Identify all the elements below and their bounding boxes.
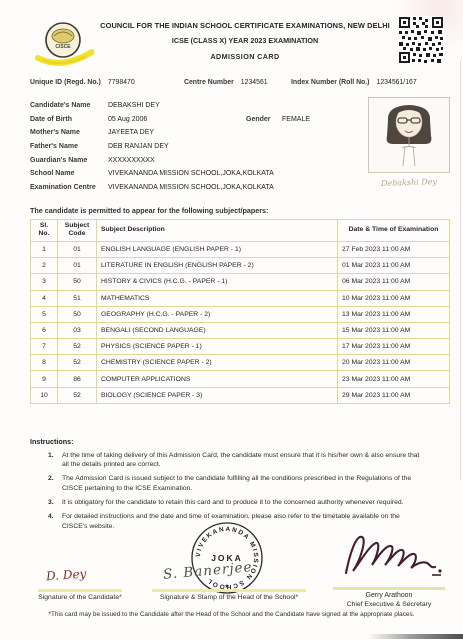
item-text: The Admission Card is issued subject to … [62, 474, 422, 493]
field-label: Date of Birth [30, 116, 108, 123]
centre-number-label: Centre Number [184, 79, 234, 86]
field-value: XXXXXXXXXX [108, 157, 155, 164]
date-cell: 23 Mar 2023 11:00 AM [338, 371, 450, 387]
field-value: 05 Aug 2006 [108, 116, 208, 123]
table-row: 350HISTORY & CIVICS (H.C.G. - PAPER - 1)… [31, 274, 450, 290]
scan-artifact [368, 634, 463, 639]
code-cell: 01 [58, 241, 97, 257]
sl-cell: 10 [31, 387, 58, 403]
date-cell: 06 Mar 2023 11:00 AM [338, 274, 450, 290]
item-number: 2. [48, 474, 62, 493]
code-cell: 52 [58, 355, 97, 371]
head-signature-label: Signature & Stamp of the Head of the Sch… [148, 593, 310, 602]
table-row: 752PHYSICS (SCIENCE PAPER - 1)17 Mar 202… [31, 339, 450, 355]
admission-card-document: CISCE COUNCIL FOR THE INDIAN SCHOOL CERT… [0, 0, 463, 640]
cisce-logo-icon: CISCE [34, 18, 94, 68]
desc-cell: PHYSICS (SCIENCE PAPER - 1) [97, 339, 338, 355]
desc-cell: LITERATURE IN ENGLISH (ENGLISH PAPER - 2… [97, 258, 338, 274]
school-stamp-icon: VIVEKANANDA MISSION SCHOOL JOKA ★ [189, 520, 265, 596]
field-label: Candidate's Name [30, 102, 108, 109]
instruction-item: 1.At the time of taking delivery of this… [30, 451, 435, 470]
gender-label: Gender [246, 116, 282, 123]
doc-title: ADMISSION CARD [92, 52, 398, 61]
sl-cell: 2 [31, 258, 58, 274]
qr-code-icon [398, 16, 444, 64]
table-row: 1052BIOLOGY (SCIENCE PAPER - 3)29 Mar 20… [31, 387, 450, 403]
field-value: DEBAKSHI DEY [108, 102, 160, 109]
table-header-row: Sl. No. Subject Code Subject Description… [31, 220, 450, 242]
sl-cell: 5 [31, 306, 58, 322]
item-text: It is obligatory for the candidate to re… [62, 498, 422, 508]
sl-cell: 4 [31, 290, 58, 306]
field-label: School Name [30, 170, 108, 177]
date-cell: 01 Mar 2023 11:00 AM [338, 258, 450, 274]
date-cell: 20 Mar 2023 11:00 AM [338, 355, 450, 371]
index-number-label: Index Number (Roll No.) [291, 79, 369, 86]
field-label: Guardian's Name [30, 157, 108, 164]
table-row: 986COMPUTER APPLICATIONS23 Mar 2023 11:0… [31, 371, 450, 387]
candidate-signature-script: D. Dey [46, 567, 87, 584]
candidate-photo [368, 97, 450, 173]
unique-id-value: 7798470 [108, 79, 135, 86]
code-cell: 86 [58, 371, 97, 387]
item-number: 3. [48, 498, 62, 508]
col-subject-code: Subject Code [58, 220, 97, 242]
centre-number-value: 1234561 [241, 79, 268, 86]
col-subject-description: Subject Description [97, 220, 338, 242]
scan-artifact-edge [460, 60, 461, 480]
date-cell: 10 Mar 2023 11:00 AM [338, 290, 450, 306]
item-text: At the time of taking delivery of this A… [62, 451, 422, 470]
field-value: DEB RANJAN DEY [108, 143, 169, 150]
code-cell: 03 [58, 322, 97, 338]
table-row: 201LITERATURE IN ENGLISH (ENGLISH PAPER … [31, 258, 450, 274]
instruction-item: 3.It is obligatory for the candidate to … [30, 498, 435, 508]
candidate-details: Candidate's NameDEBAKSHI DEY Date of Bir… [30, 99, 360, 194]
photo-signature-text: Debakshi Dey [360, 176, 458, 188]
subjects-table: Sl. No. Subject Code Subject Description… [30, 219, 450, 404]
head-signature-line [152, 589, 306, 592]
table-row: 451MATHEMATICS10 Mar 2023 11:00 AM [31, 290, 450, 306]
instructions-section: Instructions: 1.At the time of taking de… [30, 437, 435, 531]
sl-cell: 3 [31, 274, 58, 290]
code-cell: 52 [58, 387, 97, 403]
desc-cell: ENGLISH LANGUAGE (ENGLISH PAPER - 1) [97, 241, 338, 257]
table-row: 550GEOGRAPHY (H.C.G. - PAPER - 2)13 Mar … [31, 306, 450, 322]
sl-cell: 1 [31, 241, 58, 257]
instruction-item: 2.The Admission Card is issued subject t… [30, 474, 435, 493]
unique-id-label: Unique ID (Regd. No.) [30, 79, 101, 86]
field-value: VIVEKANANDA MISSION SCHOOL,JOKA,KOLKATA [108, 184, 274, 191]
desc-cell: HISTORY & CIVICS (H.C.G. - PAPER - 1) [97, 274, 338, 290]
sl-cell: 7 [31, 339, 58, 355]
field-label: Mother's Name [30, 129, 108, 136]
field-value: JAYEETA DEY [108, 129, 154, 136]
sl-cell: 8 [31, 355, 58, 371]
field-label: Examination Centre [30, 184, 108, 191]
logo-text: CISCE [55, 44, 71, 50]
desc-cell: BENGALI (SECOND LANGUAGE) [97, 322, 338, 338]
candidate-signature-label: Signature of the Candidate* [24, 593, 136, 602]
permitted-subjects-intro: The candidate is permitted to appear for… [30, 206, 268, 215]
field-value: VIVEKANANDA MISSION SCHOOL,JOKA,KOLKATA [108, 170, 274, 177]
item-number: 4. [48, 512, 62, 531]
code-cell: 50 [58, 306, 97, 322]
gender-value: FEMALE [282, 116, 310, 123]
secretary-title: Chief Executive & Secretary [315, 600, 463, 609]
col-date-time: Date & Time of Examination [338, 220, 450, 242]
desc-cell: MATHEMATICS [97, 290, 338, 306]
org-title: COUNCIL FOR THE INDIAN SCHOOL CERTIFICAT… [92, 21, 398, 30]
secretary-name-block: Gerry Arathoon Chief Executive & Secreta… [315, 591, 463, 609]
code-cell: 52 [58, 339, 97, 355]
secretary-signature-icon [340, 527, 445, 583]
instructions-heading: Instructions: [30, 437, 435, 446]
col-sl-no: Sl. No. [31, 220, 58, 242]
code-cell: 50 [58, 274, 97, 290]
code-cell: 01 [58, 258, 97, 274]
date-cell: 27 Feb 2023 11:00 AM [338, 241, 450, 257]
index-number-value: 1234561/167 [376, 79, 416, 86]
date-cell: 29 Mar 2023 11:00 AM [338, 387, 450, 403]
date-cell: 17 Mar 2023 11:00 AM [338, 339, 450, 355]
sl-cell: 6 [31, 322, 58, 338]
desc-cell: GEOGRAPHY (H.C.G. - PAPER - 2) [97, 306, 338, 322]
sl-cell: 9 [31, 371, 58, 387]
footer-note: *This card may be issued to the Candidat… [0, 611, 463, 618]
candidate-signature-line [38, 589, 122, 592]
secretary-name: Gerry Arathoon [315, 591, 463, 600]
desc-cell: BIOLOGY (SCIENCE PAPER - 3) [97, 387, 338, 403]
date-cell: 15 Mar 2023 11:00 AM [338, 322, 450, 338]
table-row: 603BENGALI (SECOND LANGUAGE)15 Mar 2023 … [31, 322, 450, 338]
exam-title: ICSE (CLASS X) YEAR 2023 EXAMINATION [92, 36, 398, 45]
date-cell: 13 Mar 2023 11:00 AM [338, 306, 450, 322]
table-row: 852CHEMISTRY (SCIENCE PAPER - 2)20 Mar 2… [31, 355, 450, 371]
item-number: 1. [48, 451, 62, 470]
desc-cell: COMPUTER APPLICATIONS [97, 371, 338, 387]
code-cell: 51 [58, 290, 97, 306]
desc-cell: CHEMISTRY (SCIENCE PAPER - 2) [97, 355, 338, 371]
field-label: Father's Name [30, 143, 108, 150]
secretary-signature-line [333, 587, 445, 590]
table-row: 101ENGLISH LANGUAGE (ENGLISH PAPER - 1)2… [31, 241, 450, 257]
